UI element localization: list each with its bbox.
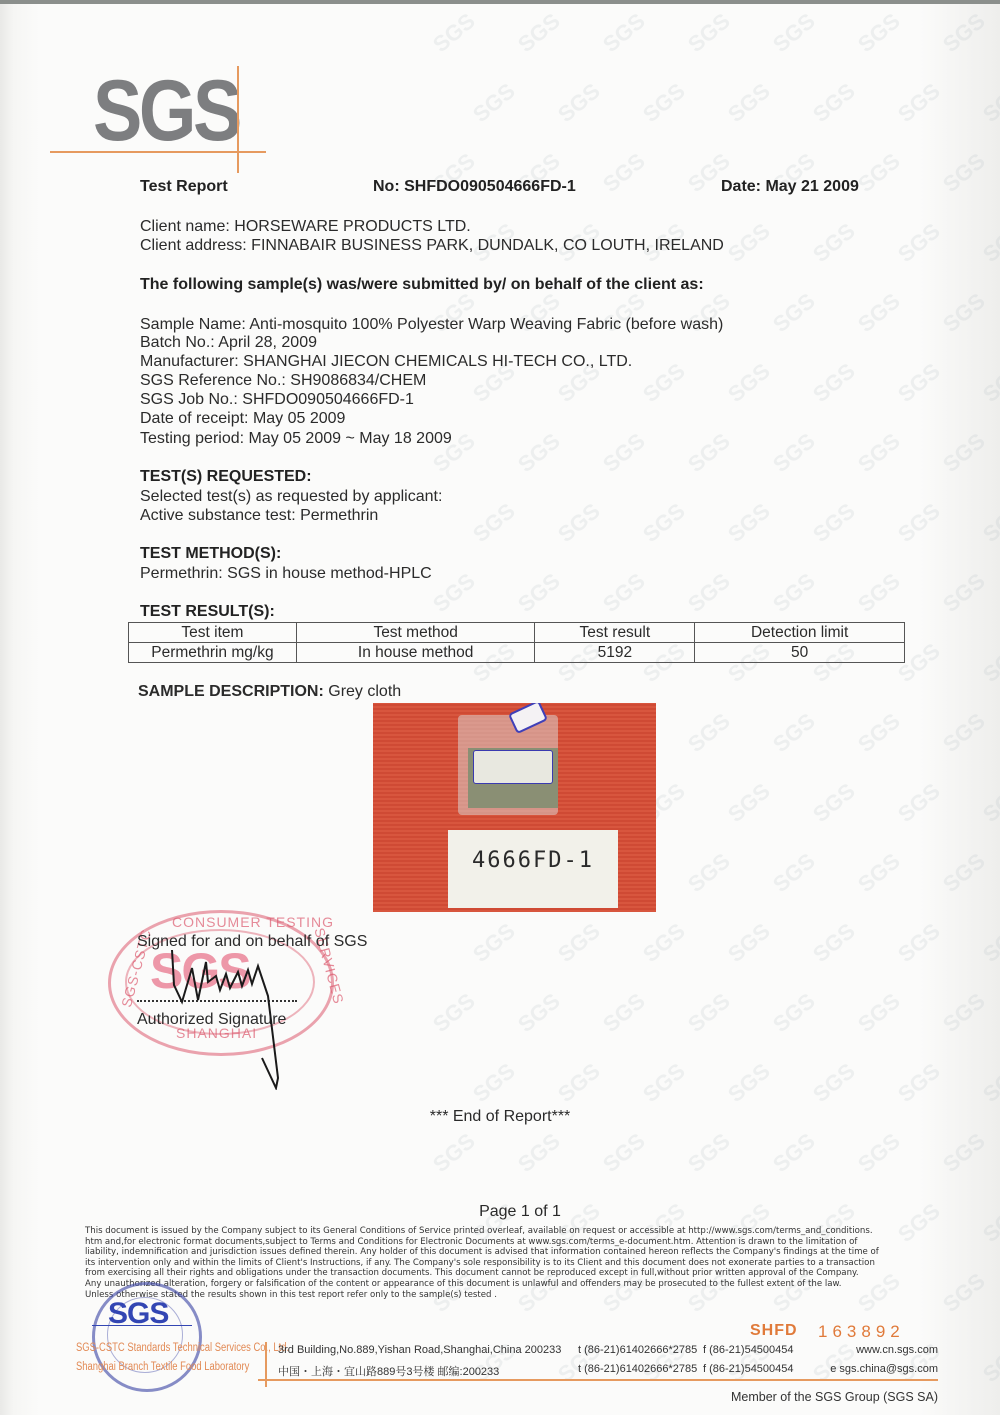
- legal-line: Unless otherwise stated the results show…: [85, 1290, 935, 1301]
- sample-id-text: 4666FD-1: [448, 848, 618, 873]
- footer-fax-cn: f (86-21)54500454: [703, 1363, 794, 1375]
- logo-vertical-rule: [237, 66, 239, 173]
- table-header-row: Test item Test method Test result Detect…: [129, 623, 905, 643]
- test-result-cell: 5192: [535, 643, 695, 663]
- submission-heading: The following sample(s) was/were submitt…: [140, 276, 704, 294]
- footer-phone: t (86-21)61402666*2785: [578, 1344, 697, 1356]
- handwritten-signature: [160, 940, 300, 1090]
- testing-period: Testing period: May 05 2009 ~ May 18 200…: [140, 430, 452, 448]
- report-number: No: SHFDO090504666FD-1: [373, 178, 576, 196]
- sample-id-card: 4666FD-1: [448, 830, 618, 908]
- page-indicator: Page 1 of 1: [0, 1203, 1000, 1221]
- table-row: Permethrin mg/kg In house method 5192 50: [129, 643, 905, 663]
- doc-code-number: 163892: [818, 1322, 905, 1342]
- test-method-line: Permethrin: SGS in house method-HPLC: [140, 565, 432, 583]
- legal-line: This document is issued by the Company s…: [85, 1226, 935, 1237]
- legal-line: Any unauthorized alteration, forgery or …: [85, 1279, 935, 1290]
- manufacturer: Manufacturer: SHANGHAI JIECON CHEMICALS …: [140, 353, 632, 371]
- sgs-job-no: SGS Job No.: SHFDO090504666FD-1: [140, 391, 414, 409]
- report-date: Date: May 21 2009: [721, 178, 859, 196]
- footer-company-line2: Shanghai Branch Textile Food Laboratory: [76, 1361, 249, 1373]
- column-header: Detection limit: [695, 623, 905, 643]
- sample-description-value: Grey cloth: [324, 683, 401, 700]
- batch-no: Batch No.: April 28, 2009: [140, 334, 317, 352]
- footer-logo-rule: [92, 1325, 192, 1326]
- client-address: Client address: FINNABAIR BUSINESS PARK,…: [140, 237, 724, 255]
- detection-limit-cell: 50: [695, 643, 905, 663]
- doc-code-prefix: SHFD: [750, 1322, 798, 1340]
- legal-disclaimer: This document is issued by the Company s…: [85, 1226, 935, 1300]
- test-methods-heading: TEST METHOD(S):: [140, 545, 281, 563]
- sample-name: Sample Name: Anti-mosquito 100% Polyeste…: [140, 316, 723, 334]
- sample-photo: 4666FD-1: [373, 703, 656, 912]
- test-item-cell: Permethrin mg/kg: [129, 643, 297, 663]
- client-name: Client name: HORSEWARE PRODUCTS LTD.: [140, 218, 471, 236]
- tests-requested-line: Selected test(s) as requested by applica…: [140, 488, 442, 506]
- cloth-label: [473, 750, 553, 784]
- footer-company-line1: SGS-CSTC Standards Technical Services Co…: [76, 1342, 289, 1354]
- tests-requested-heading: TEST(S) REQUESTED:: [140, 468, 312, 486]
- legal-line: htm and,for electronic format documents,…: [85, 1237, 935, 1248]
- scan-edge: [0, 0, 1000, 4]
- footer-horizontal-rule: [258, 1379, 938, 1381]
- end-of-report: *** End of Report***: [0, 1108, 1000, 1126]
- footer-address-cn: 中国・上海・宜山路889号3号楼 邮编:200233: [278, 1363, 499, 1379]
- test-method-cell: In house method: [296, 643, 535, 663]
- column-header: Test item: [129, 623, 297, 643]
- sgs-reference: SGS Reference No.: SH9086834/CHEM: [140, 372, 426, 390]
- date-of-receipt: Date of receipt: May 05 2009: [140, 410, 345, 428]
- legal-line: its intervention only and within the lim…: [85, 1258, 935, 1269]
- column-header: Test method: [296, 623, 535, 643]
- test-results-heading: TEST RESULT(S):: [140, 603, 275, 621]
- column-header: Test result: [535, 623, 695, 643]
- footer-email[interactable]: e sgs.china@sgs.com: [830, 1363, 938, 1375]
- footer-fax: f (86-21)54500454: [703, 1344, 794, 1356]
- footer-phone-cn: t (86-21)61402666*2785: [578, 1363, 697, 1375]
- sample-description: SAMPLE DESCRIPTION: Grey cloth: [138, 683, 401, 701]
- test-results-table: Test item Test method Test result Detect…: [128, 622, 905, 663]
- footer-address-en: 3rd Building,No.889,Yishan Road,Shanghai…: [278, 1344, 561, 1356]
- sample-description-label: SAMPLE DESCRIPTION:: [138, 683, 324, 700]
- legal-line: from exercising all their rights and obl…: [85, 1268, 935, 1279]
- sgs-logo: SGS: [93, 68, 239, 154]
- member-of-sgs-group: Member of the SGS Group (SGS SA): [731, 1390, 938, 1404]
- report-title: Test Report: [140, 178, 228, 196]
- tests-requested-line: Active substance test: Permethrin: [140, 507, 378, 525]
- stamp-top-text: CONSUMER TESTING: [172, 914, 334, 930]
- legal-line: liability, indemnification and jurisdict…: [85, 1247, 935, 1258]
- logo-horizontal-rule: [50, 151, 266, 153]
- footer-website[interactable]: www.cn.sgs.com: [856, 1344, 938, 1356]
